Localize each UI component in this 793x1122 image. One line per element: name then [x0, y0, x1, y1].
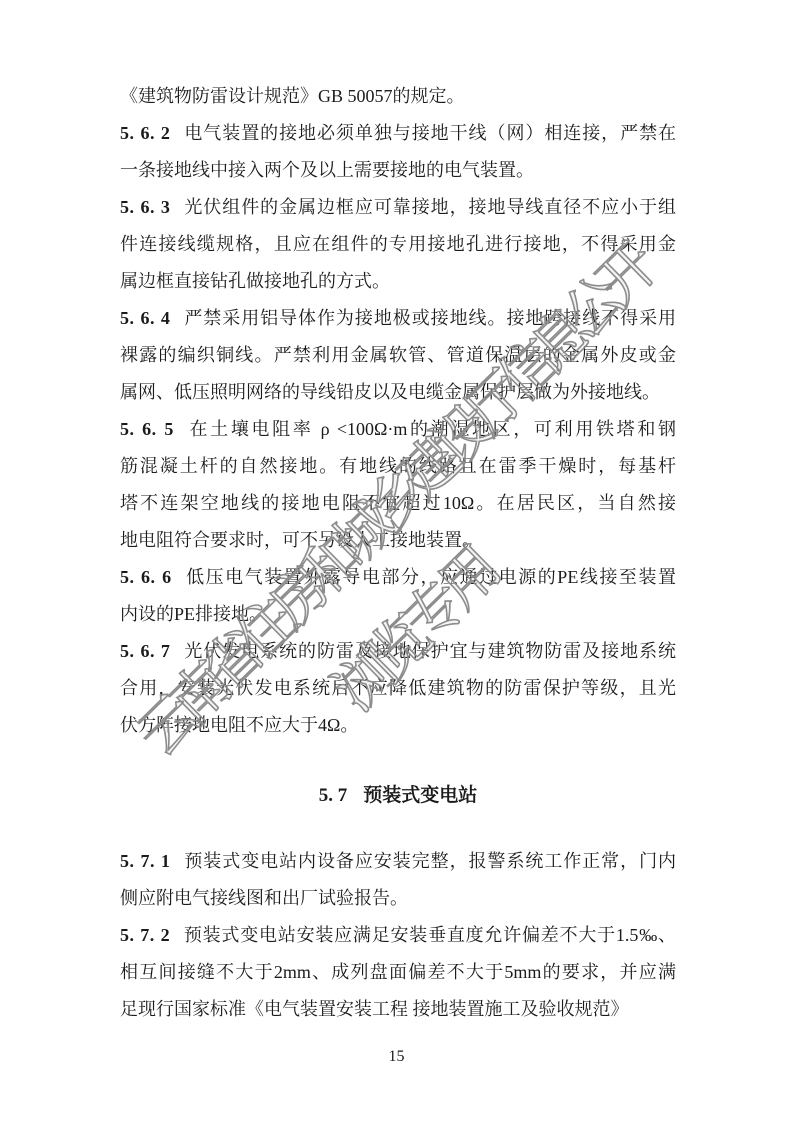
text-line: 5. 6. 2电气装置的接地必须单独与接地干线（网）相连接，严禁在 [120, 115, 676, 152]
section-number: 5. 7. 1 [120, 851, 170, 871]
line-text: 《建筑物防雷设计规范》GB 50057的规定。 [120, 86, 465, 106]
section-number: 5. 6. 7 [120, 641, 170, 661]
paragraph: 5. 6. 2电气装置的接地必须单独与接地干线（网）相连接，严禁在一条接地线中接… [120, 115, 676, 189]
line-text: 光伏组件的金属边框应可靠接地，接地导线直径不应小于组 [183, 197, 676, 217]
section-heading-number: 5. 7 [319, 785, 348, 806]
text-line: 伏方阵接地电阻不应大于4Ω。 [120, 707, 676, 744]
paragraph: 《建筑物防雷设计规范》GB 50057的规定。 [120, 78, 676, 115]
line-text: 件连接线缆规格，且应在组件的专用接地孔进行接地，不得采用金 [120, 234, 676, 254]
line-text: 在土壤电阻率 ρ <100Ω·m的潮湿地区，可利用铁塔和钢 [187, 419, 676, 439]
document-body: 《建筑物防雷设计规范》GB 50057的规定。5. 6. 2电气装置的接地必须单… [120, 78, 676, 1028]
line-text: 足现行国家标准《电气装置安装工程 接地装置施工及验收规范》 [120, 999, 629, 1019]
document-page: 《建筑物防雷设计规范》GB 50057的规定。5. 6. 2电气装置的接地必须单… [0, 0, 793, 1122]
paragraph: 5. 7. 2预装式变电站安装应满足安装垂直度允许偏差不大于1.5‰、相互间接缝… [120, 917, 676, 1028]
section-number: 5. 6. 3 [120, 197, 170, 217]
text-line: 5. 6. 6低压电气装置外露导电部分，应通过电源的PE线接至装置 [120, 559, 676, 596]
paragraph: 5. 6. 7光伏发电系统的防雷及接地保护宜与建筑物防雷及接地系统合用，安装光伏… [120, 633, 676, 744]
line-text: 电气装置的接地必须单独与接地干线（网）相连接，严禁在 [183, 123, 676, 143]
line-text: 属边框直接钻孔做接地孔的方式。 [120, 271, 390, 291]
text-line: 5. 6. 7光伏发电系统的防雷及接地保护宜与建筑物防雷及接地系统 [120, 633, 676, 670]
section-heading: 5. 7预装式变电站 [120, 777, 676, 814]
line-text: 内设的PE排接地。 [120, 604, 267, 624]
text-line: 属网、低压照明网络的导线铅皮以及电缆金属保护层做为外接地线。 [120, 374, 676, 411]
section-heading-title: 预装式变电站 [363, 785, 477, 806]
text-line: 5. 6. 3光伏组件的金属边框应可靠接地，接地导线直径不应小于组 [120, 189, 676, 226]
text-line: 《建筑物防雷设计规范》GB 50057的规定。 [120, 78, 676, 115]
line-text: 属网、低压照明网络的导线铅皮以及电缆金属保护层做为外接地线。 [120, 382, 660, 402]
section-number: 5. 6. 5 [120, 419, 174, 439]
paragraph: 5. 6. 6低压电气装置外露导电部分，应通过电源的PE线接至装置内设的PE排接… [120, 559, 676, 633]
line-text: 一条接地线中接入两个及以上需要接地的电气装置。 [120, 160, 534, 180]
line-text: 合用，安装光伏发电系统后不应降低建筑物的防雷保护等级，且光 [120, 678, 676, 698]
text-line: 5. 6. 5在土壤电阻率 ρ <100Ω·m的潮湿地区，可利用铁塔和钢 [120, 411, 676, 448]
line-text: 侧应附电气接线图和出厂试验报告。 [120, 888, 408, 908]
paragraph: 5. 6. 3光伏组件的金属边框应可靠接地，接地导线直径不应小于组件连接线缆规格… [120, 189, 676, 300]
line-text: 塔不连架空地线的接地电阻不宜超过10Ω。在居民区，当自然接 [120, 493, 676, 513]
text-line: 内设的PE排接地。 [120, 596, 676, 633]
text-line: 筋混凝土杆的自然接地。有地线的线路且在雷季干燥时，每基杆 [120, 448, 676, 485]
line-text: 相互间接缝不大于2mm、成列盘面偏差不大于5mm的要求，并应满 [120, 962, 676, 982]
text-line: 侧应附电气接线图和出厂试验报告。 [120, 880, 676, 917]
text-line: 足现行国家标准《电气装置安装工程 接地装置施工及验收规范》 [120, 991, 676, 1028]
line-text: 预装式变电站安装应满足安装垂直度允许偏差不大于1.5‰、 [183, 925, 676, 945]
line-text: 裸露的编织铜线。严禁利用金属软管、管道保温层的金属外皮或金 [120, 345, 676, 365]
line-text: 筋混凝土杆的自然接地。有地线的线路且在雷季干燥时，每基杆 [120, 456, 676, 476]
paragraph: 5. 6. 5在土壤电阻率 ρ <100Ω·m的潮湿地区，可利用铁塔和钢筋混凝土… [120, 411, 676, 559]
paragraph: 5. 6. 4严禁采用铝导体作为接地极或接地线。接地跨接线不得采用裸露的编织铜线… [120, 300, 676, 411]
text-line: 5. 7. 1预装式变电站内设备应安装完整，报警系统工作正常，门内 [120, 843, 676, 880]
line-text: 严禁采用铝导体作为接地极或接地线。接地跨接线不得采用 [183, 308, 676, 328]
line-text: 光伏发电系统的防雷及接地保护宜与建筑物防雷及接地系统 [183, 641, 676, 661]
line-text: 地电阻符合要求时，可不另设人工接地装置。 [120, 530, 480, 550]
text-line: 5. 6. 4严禁采用铝导体作为接地极或接地线。接地跨接线不得采用 [120, 300, 676, 337]
text-line: 地电阻符合要求时，可不另设人工接地装置。 [120, 522, 676, 559]
text-line: 件连接线缆规格，且应在组件的专用接地孔进行接地，不得采用金 [120, 226, 676, 263]
text-line: 相互间接缝不大于2mm、成列盘面偏差不大于5mm的要求，并应满 [120, 954, 676, 991]
section-number: 5. 6. 2 [120, 123, 170, 143]
section-number: 5. 7. 2 [120, 925, 170, 945]
text-line: 一条接地线中接入两个及以上需要接地的电气装置。 [120, 152, 676, 189]
section-number: 5. 6. 4 [120, 308, 170, 328]
page-number: 15 [0, 1048, 793, 1066]
paragraph: 5. 7. 1预装式变电站内设备应安装完整，报警系统工作正常，门内侧应附电气接线… [120, 843, 676, 917]
line-text: 低压电气装置外露导电部分，应通过电源的PE线接至装置 [185, 567, 676, 587]
text-line: 5. 7. 2预装式变电站安装应满足安装垂直度允许偏差不大于1.5‰、 [120, 917, 676, 954]
section-number: 5. 6. 6 [120, 567, 172, 587]
line-text: 预装式变电站内设备应安装完整，报警系统工作正常，门内 [183, 851, 676, 871]
text-line: 裸露的编织铜线。严禁利用金属软管、管道保温层的金属外皮或金 [120, 337, 676, 374]
text-line: 合用，安装光伏发电系统后不应降低建筑物的防雷保护等级，且光 [120, 670, 676, 707]
text-line: 塔不连架空地线的接地电阻不宜超过10Ω。在居民区，当自然接 [120, 485, 676, 522]
text-line: 属边框直接钻孔做接地孔的方式。 [120, 263, 676, 300]
line-text: 伏方阵接地电阻不应大于4Ω。 [120, 715, 358, 735]
